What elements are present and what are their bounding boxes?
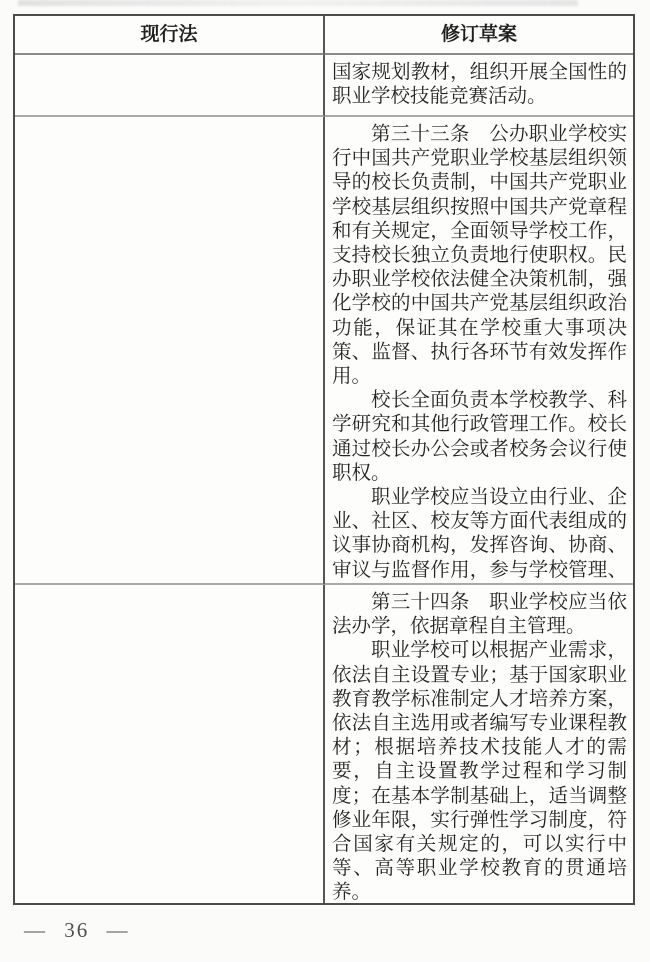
revised-draft-cell-row-2-article-33: 第三十三条 公办职业学校实行中国共产党职业学校基层组织领导的校长负责制，中国共产… (325, 117, 633, 585)
column-header-revised-draft: 修订草案 (325, 16, 633, 55)
current-law-cell-row-3 (15, 585, 325, 903)
paragraph: 职业学校应当设立由行业、企业、社区、校友等方面代表组成的议事协商机构，发挥咨询、… (332, 485, 627, 585)
paragraph: 职业学校可以根据产业需求，依法自主设置专业；基于国家职业教育教学标准制定人才培养… (332, 638, 627, 903)
scan-artifact-streak (18, 0, 578, 6)
paragraph: 第三十三条 公办职业学校实行中国共产党职业学校基层组织领导的校长负责制，中国共产… (332, 122, 627, 388)
page-number: — 36 — (24, 918, 130, 943)
scanned-document-page: { "page": { "footer_page_number": "— 36 … (0, 0, 650, 962)
paragraph: 国家规划教材，组织开展全国性的职业学校技能竞赛活动。 (332, 60, 627, 108)
current-law-cell-row-2 (15, 117, 325, 585)
law-comparison-table: 现行法 修订草案 国家规划教材，组织开展全国性的职业学校技能竞赛活动。 第三十三… (13, 14, 635, 905)
column-header-current-law: 现行法 (15, 16, 325, 55)
paragraph: 校长全面负责本学校教学、科学研究和其他行政管理工作。校长通过校长办公会或者校务会… (332, 388, 627, 485)
revised-draft-cell-row-1: 国家规划教材，组织开展全国性的职业学校技能竞赛活动。 (325, 55, 633, 117)
paragraph: 第三十四条 职业学校应当依法办学，依据章程自主管理。 (332, 590, 627, 638)
revised-draft-cell-row-3-article-34: 第三十四条 职业学校应当依法办学，依据章程自主管理。职业学校可以根据产业需求，依… (325, 585, 633, 903)
current-law-cell-row-1 (15, 55, 325, 117)
